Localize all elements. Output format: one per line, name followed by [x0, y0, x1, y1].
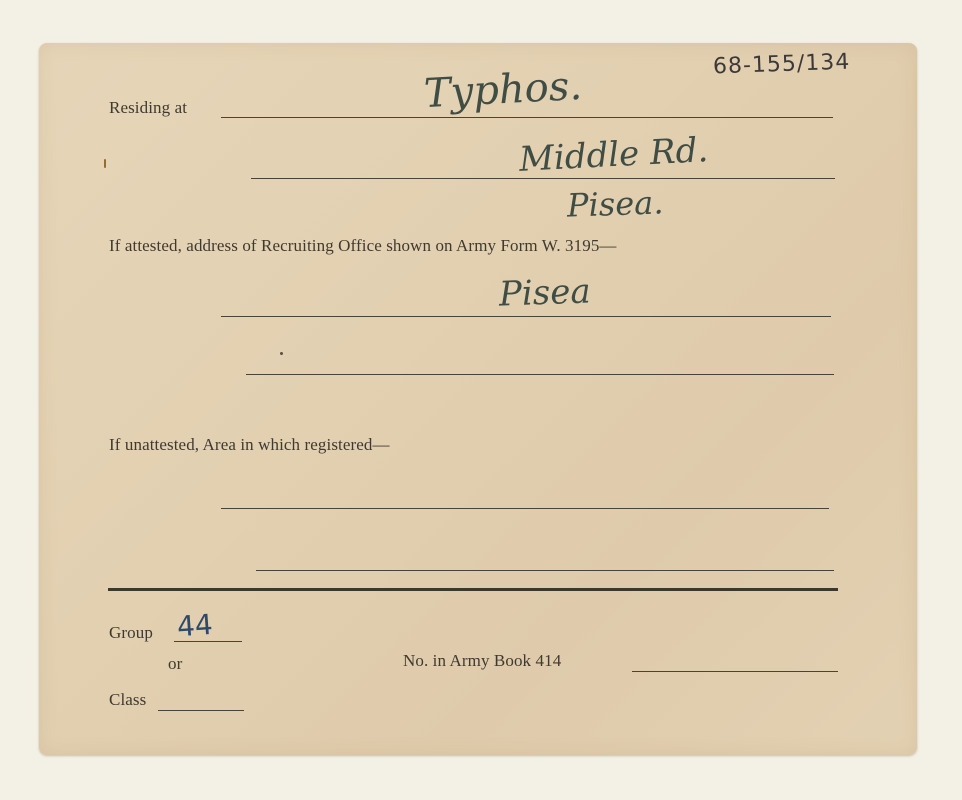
class-line	[158, 710, 244, 711]
residing-at-value-3: Pisea.	[566, 183, 664, 224]
ink-speck	[280, 352, 283, 355]
class-label: Class	[109, 690, 146, 710]
unattested-label: If unattested, Area in which registered—	[109, 435, 390, 455]
section-divider	[108, 588, 838, 591]
residing-at-label: Residing at	[109, 98, 187, 118]
unattested-line-1	[221, 508, 829, 509]
unattested-line-2	[256, 570, 834, 571]
army-book-label: No. in Army Book 414	[403, 651, 561, 671]
attested-line-2	[246, 374, 834, 375]
group-value: 44	[176, 608, 214, 643]
residing-at-value-2: Middle Rd.	[518, 130, 709, 180]
attested-value: Pisea	[498, 271, 591, 314]
reference-number: 68-155/134	[713, 50, 851, 80]
attested-line-1	[221, 316, 831, 317]
document-page: 68-155/134 Residing at Typhos. Middle Rd…	[0, 0, 962, 800]
residing-at-line-1	[221, 117, 833, 118]
group-label: Group	[109, 623, 153, 643]
army-book-line	[632, 671, 838, 672]
attested-label: If attested, address of Recruiting Offic…	[109, 236, 617, 256]
residing-at-value-1: Typhos.	[423, 63, 583, 117]
or-label: or	[168, 654, 182, 674]
registration-card: 68-155/134 Residing at Typhos. Middle Rd…	[39, 43, 917, 755]
rust-mark	[104, 159, 106, 168]
